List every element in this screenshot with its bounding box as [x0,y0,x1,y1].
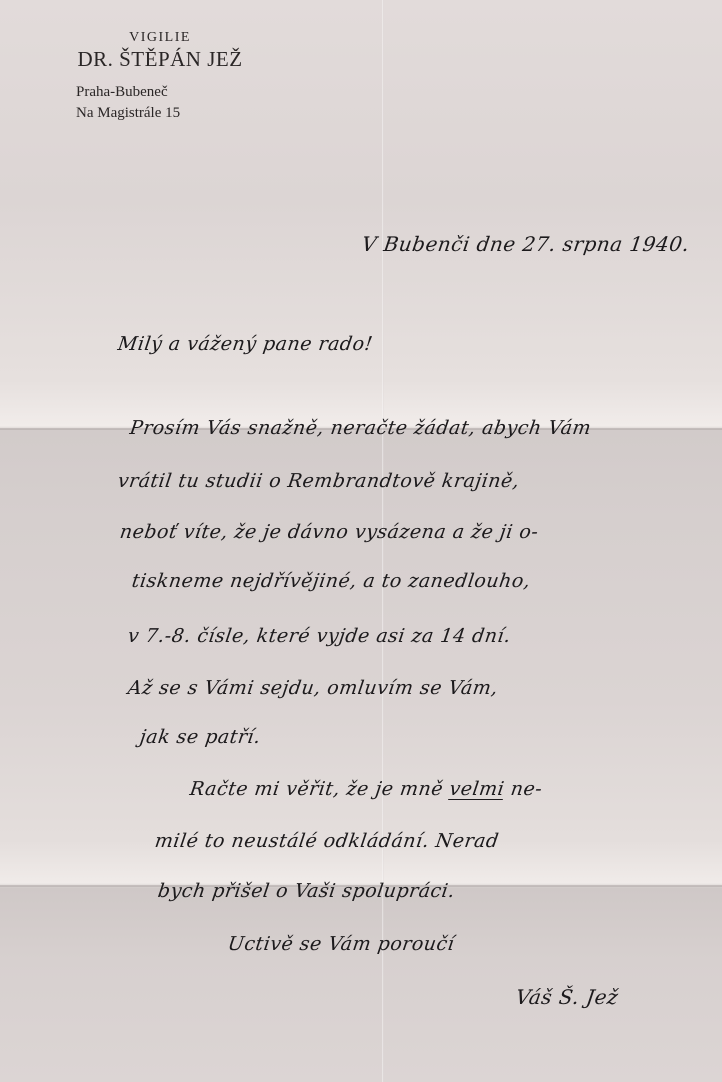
letterhead-address-line2: Na Magistrále 15 [76,103,260,124]
body-line: milé to neustálé odkládání. Nerad [153,830,500,852]
body-line: vrátil tu studii o Rembrandtově krajině, [116,470,520,492]
letterhead: VIGILIE DR. ŠTĚPÁN JEŽ Praha-Bubeneč Na … [60,30,260,124]
body-line: v 7.-8. čísle, které vyjde asi za 14 dní… [126,625,512,647]
letterhead-organization: VIGILIE [60,30,260,46]
letterhead-address-line1: Praha-Bubeneč [76,82,260,103]
signature: Váš Š. Jež [514,985,620,1009]
closing: Uctivě se Vám poroučí [226,933,455,955]
body-line: neboť víte, že je dávno vysázena a že ji… [118,521,539,543]
body-line: bych přišel o Vaši spolupráci. [156,880,456,902]
letterhead-address: Praha-Bubeneč Na Magistrále 15 [60,82,260,124]
letterhead-name: DR. ŠTĚPÁN JEŽ [60,47,260,72]
body-line-text: Račte mi věřit, že je mně velmi ne- [188,778,543,800]
body-line: Až se s Vámi sejdu, omluvím se Vám, [126,677,499,699]
salutation: Milý a vážený pane rado! [116,333,374,355]
body-line: Račte mi věřit, že je mně velmi ne- [188,778,543,800]
dateline: V Bubenči dne 27. srpna 1940. [360,232,691,256]
body-line: Prosím Vás snažně, neračte žádat, abych … [128,417,592,439]
body-line: tiskneme nejdřívějiné, a to zanedlouho, [130,570,531,592]
body-line: jak se patří. [138,726,262,748]
letter-sheet: VIGILIE DR. ŠTĚPÁN JEŽ Praha-Bubeneč Na … [0,0,722,1082]
underlined-word: velmi [448,778,506,800]
